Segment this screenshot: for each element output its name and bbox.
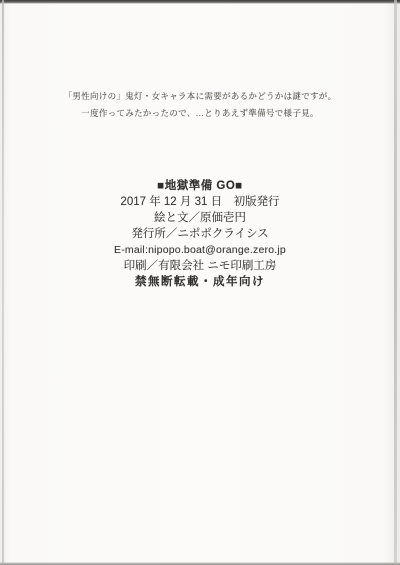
intro-line-2: 一度作ってみたかったので、…とりあえず準備号で様子見。: [0, 105, 400, 122]
book-title: ■地獄準備 GO■: [0, 178, 400, 194]
publish-date: 2017 年 12 月 31 日 初版発行: [0, 194, 400, 210]
printer-credit: 印刷／有限会社 ニモ印刷工房: [0, 258, 400, 274]
colophon-block: ■地獄準備 GO■ 2017 年 12 月 31 日 初版発行 絵と文／原価壱円…: [0, 178, 400, 290]
publisher: 発行所／ニポポクライシス: [0, 226, 400, 242]
intro-line-1: 「男性向けの」鬼灯・女キャラ本に需要があるかどうかは謎ですが。: [0, 88, 400, 105]
email-address: E-mail:nipopo.boat@orange.zero.jp: [0, 242, 400, 258]
reprint-notice: 禁無断転載・成年向け: [0, 274, 400, 290]
scan-edge-top: [0, 0, 400, 4]
scanned-page: 「男性向けの」鬼灯・女キャラ本に需要があるかどうかは謎ですが。 一度作ってみたか…: [0, 0, 400, 565]
author-credit: 絵と文／原価壱円: [0, 210, 400, 226]
intro-note: 「男性向けの」鬼灯・女キャラ本に需要があるかどうかは謎ですが。 一度作ってみたか…: [0, 88, 400, 122]
